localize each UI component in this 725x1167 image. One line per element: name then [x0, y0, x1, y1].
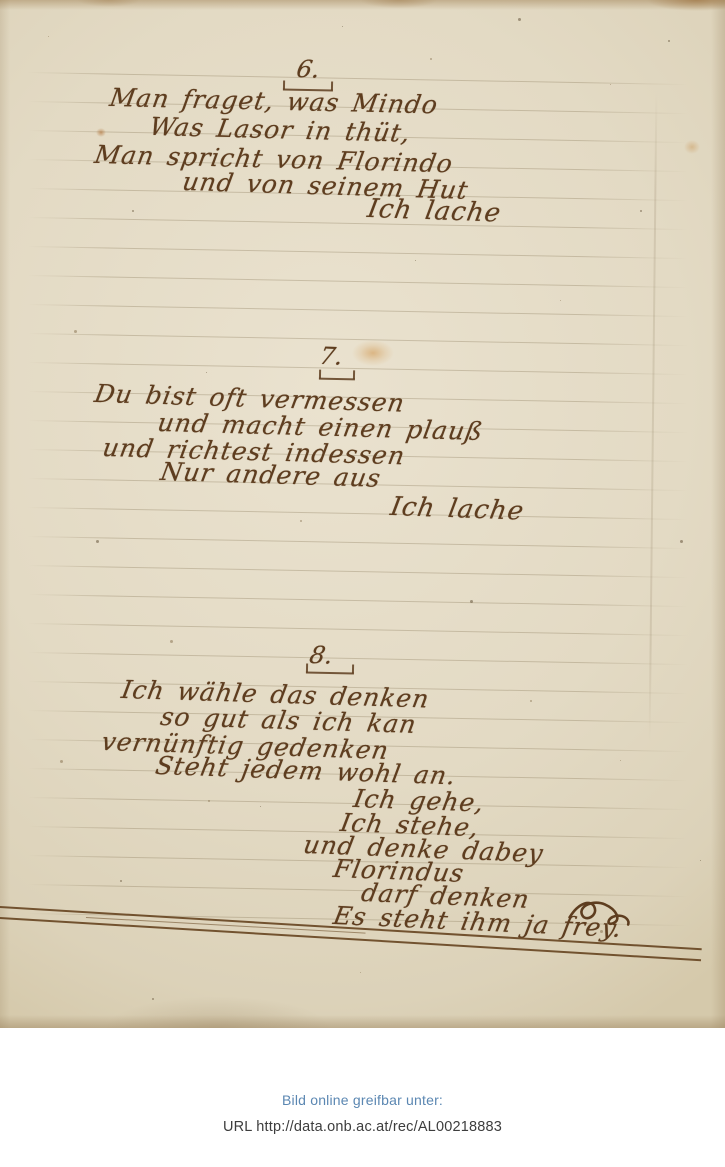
foxing-stain [352, 340, 394, 366]
refrain-line: Ich lache [365, 196, 503, 227]
verse-line: Was Lasor in thüt, [148, 114, 413, 146]
caption-label: Bild online greifbar unter: [0, 1028, 725, 1108]
foxing-stain-small [684, 140, 700, 154]
verse-line: Steht jedem wohl an. [154, 753, 459, 788]
caption-url[interactable]: URL http://data.onb.ac.at/rec/AL00218883 [0, 1119, 725, 1135]
section-number-underline [306, 664, 354, 674]
manuscript-scan: 6. Man fraget, was Mindo Was Lasor in th… [0, 0, 725, 1028]
verse-line: Nur andere aus [159, 459, 383, 491]
caption-area: Bild online greifbar unter: URL http://d… [0, 1028, 725, 1167]
section-number-underline [319, 371, 355, 381]
section-number: 7. [318, 344, 345, 369]
fold-crease [649, 92, 658, 742]
ink-stain-small [96, 128, 106, 137]
paraph-flourish-icon [566, 891, 633, 936]
section-number: 6. [295, 57, 322, 82]
refrain-line: Ich lache [388, 494, 526, 525]
page: 6. Man fraget, was Mindo Was Lasor in th… [0, 0, 725, 1167]
